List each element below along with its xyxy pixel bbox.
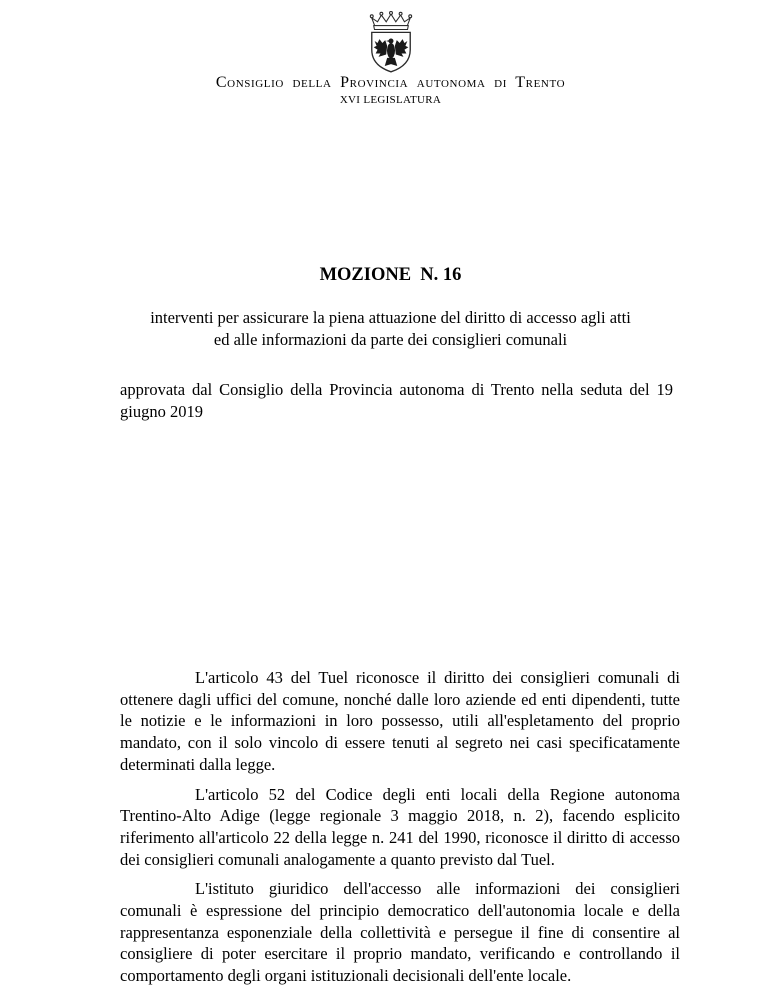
motion-title: MOZIONE N. 16 bbox=[0, 263, 781, 287]
institution-name: Consiglio della Provincia autonoma di Tr… bbox=[0, 73, 781, 93]
approval-statement: approvata dal Consiglio della Provincia … bbox=[120, 379, 673, 422]
document-page: Consiglio della Provincia autonoma di Tr… bbox=[0, 0, 781, 991]
body-paragraph: L'articolo 52 del Codice degli enti loca… bbox=[120, 784, 680, 871]
legislature-label: XVI LEGISLATURA bbox=[0, 93, 781, 107]
motion-subject: interventi per assicurare la piena attua… bbox=[150, 307, 632, 350]
crown-icon bbox=[370, 12, 411, 30]
trentino-coat-of-arms-icon bbox=[366, 11, 416, 73]
body-paragraph: L'articolo 43 del Tuel riconosce il diri… bbox=[120, 667, 680, 776]
body-paragraph: L'istituto giuridico dell'accesso alle i… bbox=[120, 878, 680, 987]
document-header: Consiglio della Provincia autonoma di Tr… bbox=[0, 0, 781, 107]
shield-eagle-icon bbox=[371, 32, 409, 71]
motion-body: L'articolo 43 del Tuel riconosce il diri… bbox=[120, 667, 680, 987]
